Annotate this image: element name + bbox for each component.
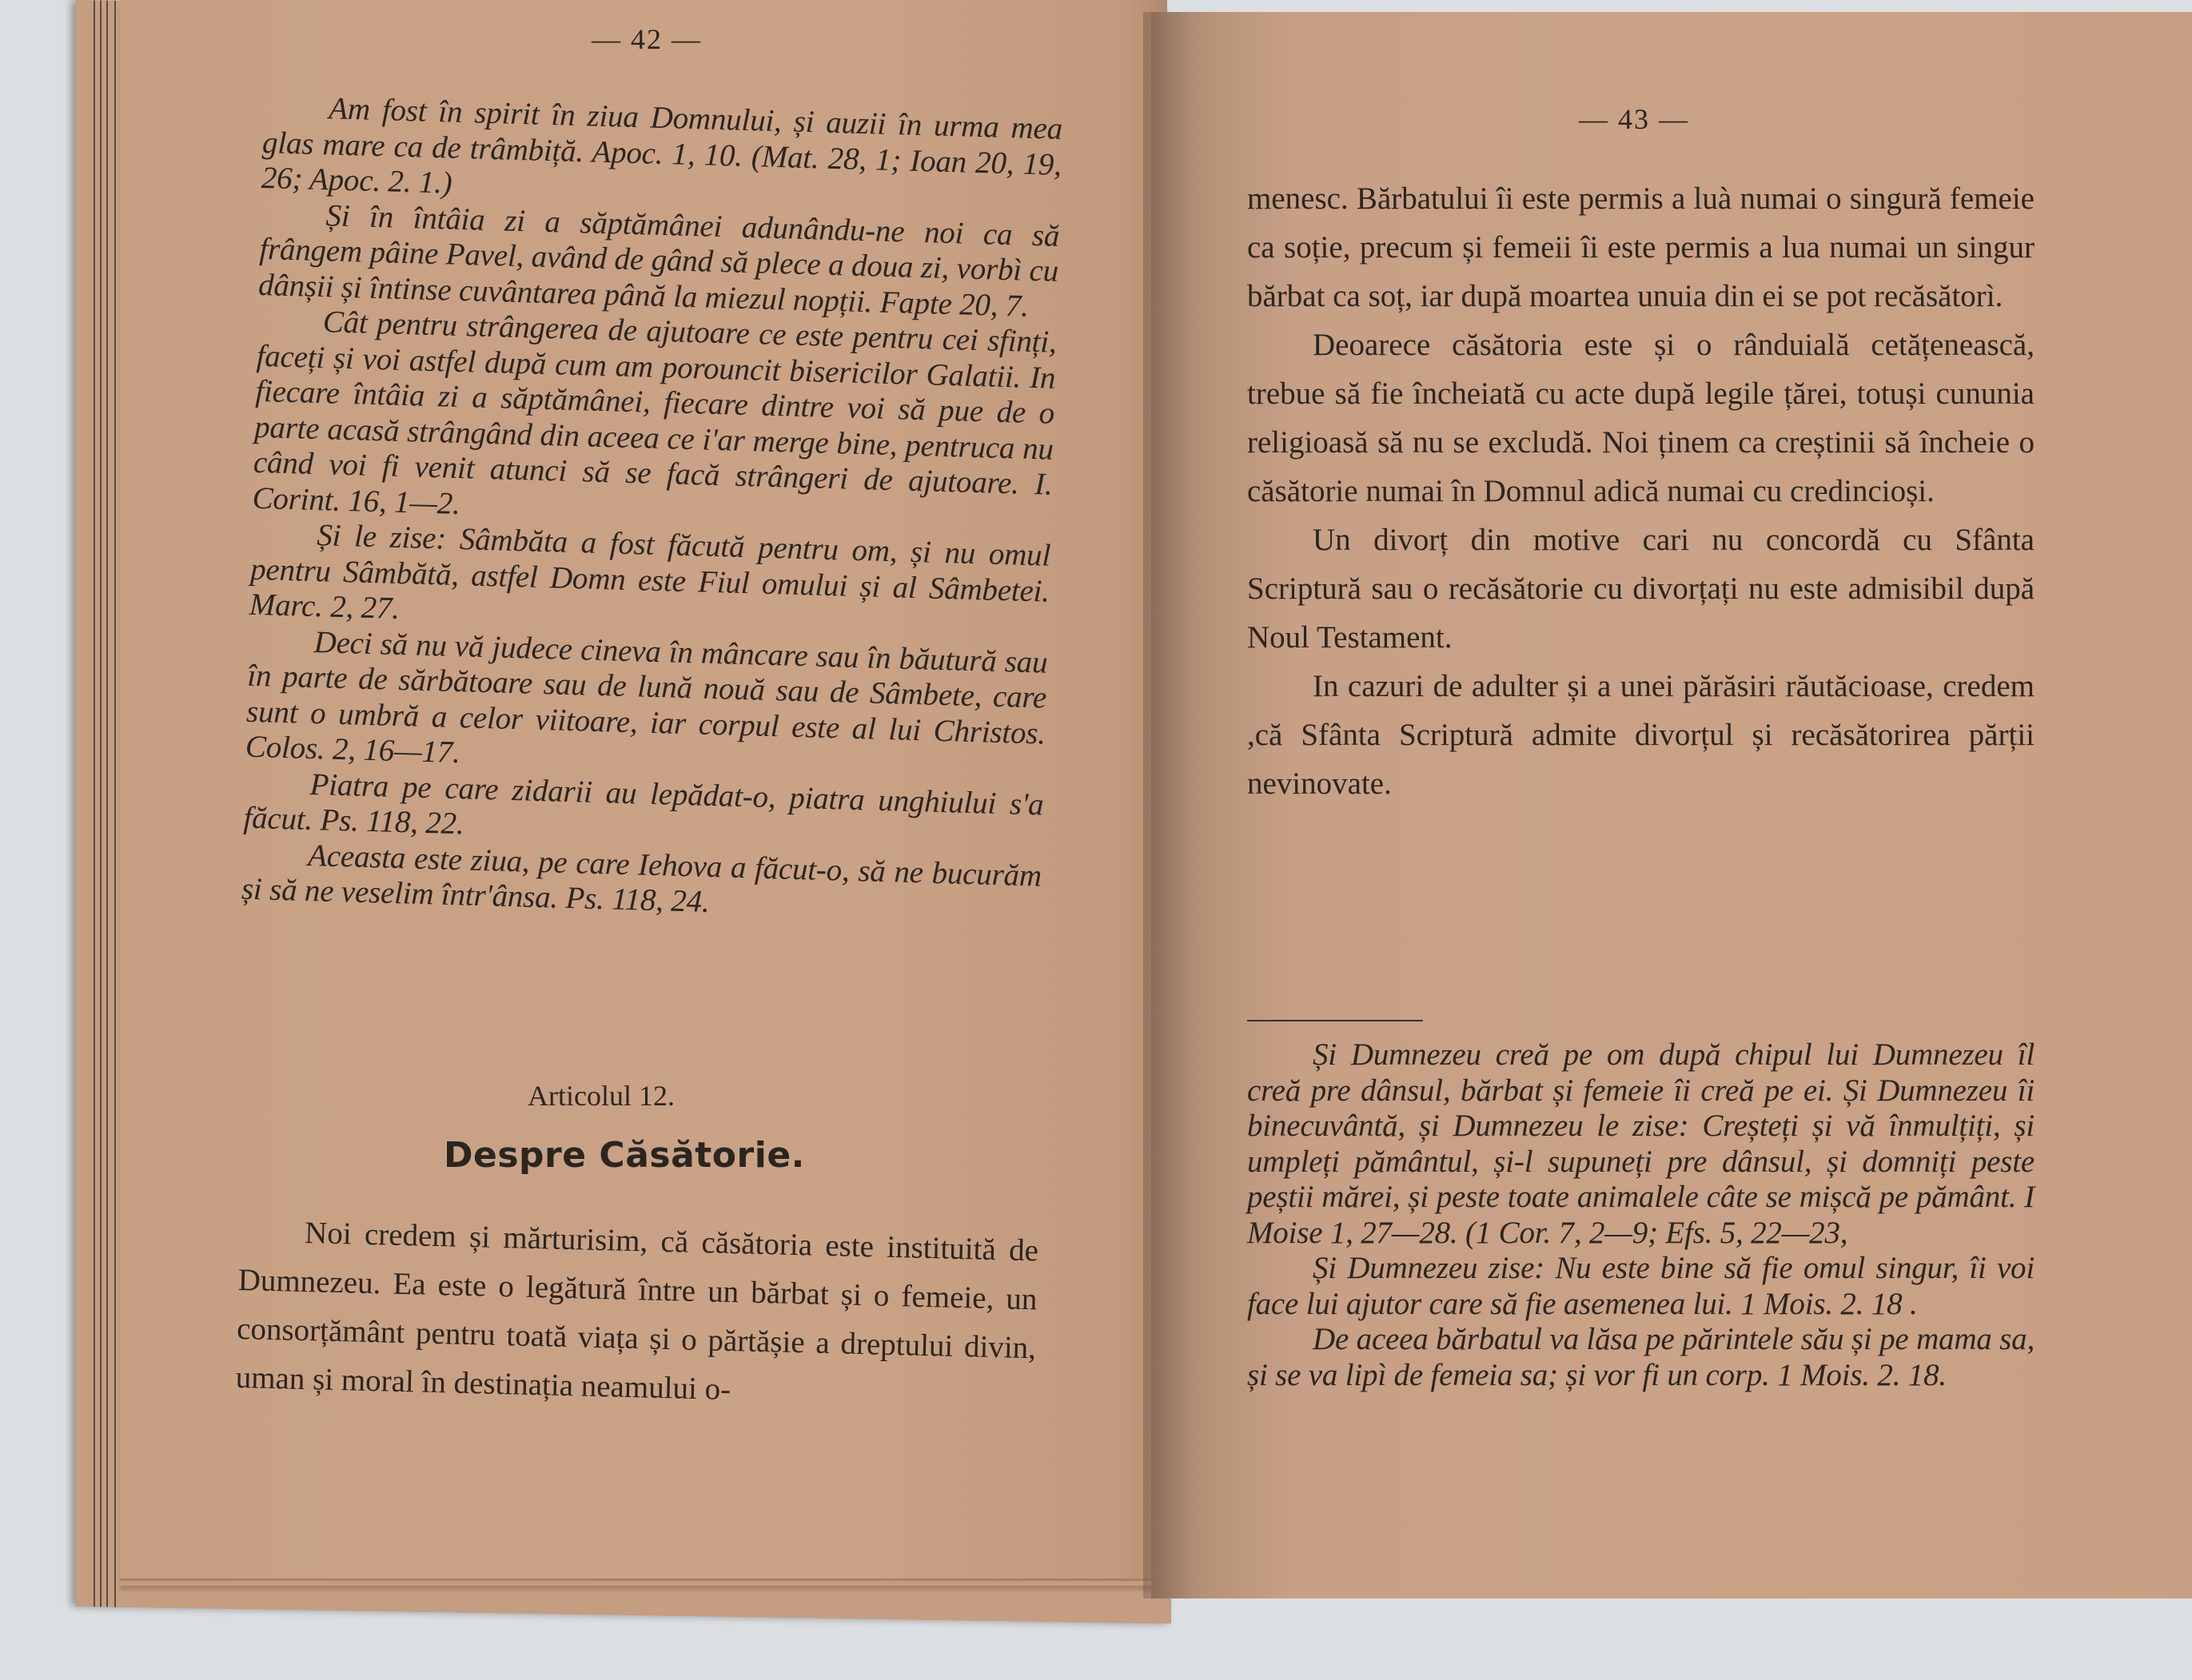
page-number-right: — 43 — [1579, 102, 1689, 136]
page-edge-line [106, 1, 108, 1607]
verse: Și Dumnezeu creă pe om după chipul lui D… [1247, 1037, 2035, 1251]
body-paragraph: Un divorț din motive cari nu concordă cu… [1247, 516, 2035, 662]
page-number-left: — 42 — [592, 22, 702, 56]
page-edge-line [94, 0, 95, 1606]
article-title: Despre Căsătorie. [444, 1135, 805, 1176]
verse: Cât pentru strângerea de ajutoare ce est… [252, 303, 1057, 539]
page-edge-line [100, 0, 102, 1606]
verse: Și Dumnezeu zise: Nu este bine să fie om… [1247, 1251, 2035, 1322]
verse: Deci să nu vă judece cineva în mâncare s… [245, 623, 1048, 787]
page-edge-line [114, 1, 116, 1607]
body-paragraph: Deoarece căsătoria este și o rânduială c… [1247, 320, 2035, 516]
right-verses: Și Dumnezeu creă pe om după chipul lui D… [1247, 1037, 2035, 1393]
verse: De aceea bărbatul va lăsa pe părintele s… [1247, 1322, 2035, 1393]
body-paragraph: In cazuri de adulter și a unei părăsiri … [1247, 662, 2035, 808]
article-number: Articolul 12. [528, 1079, 675, 1113]
section-divider [1247, 1020, 1423, 1021]
right-body-text: menesc. Bărbatului îi este permis a luà … [1247, 174, 2035, 808]
book-spine [1143, 12, 1191, 1598]
body-paragraph: menesc. Bărbatului îi este permis a luà … [1247, 174, 2035, 320]
body-paragraph: Noi credem și mărturisim, că căsătoria e… [235, 1207, 1039, 1421]
left-body-text: Noi credem și mărturisim, că căsătoria e… [235, 1207, 1039, 1421]
left-verses: Am fost în spirit în ziua Domnului, și a… [241, 90, 1062, 930]
